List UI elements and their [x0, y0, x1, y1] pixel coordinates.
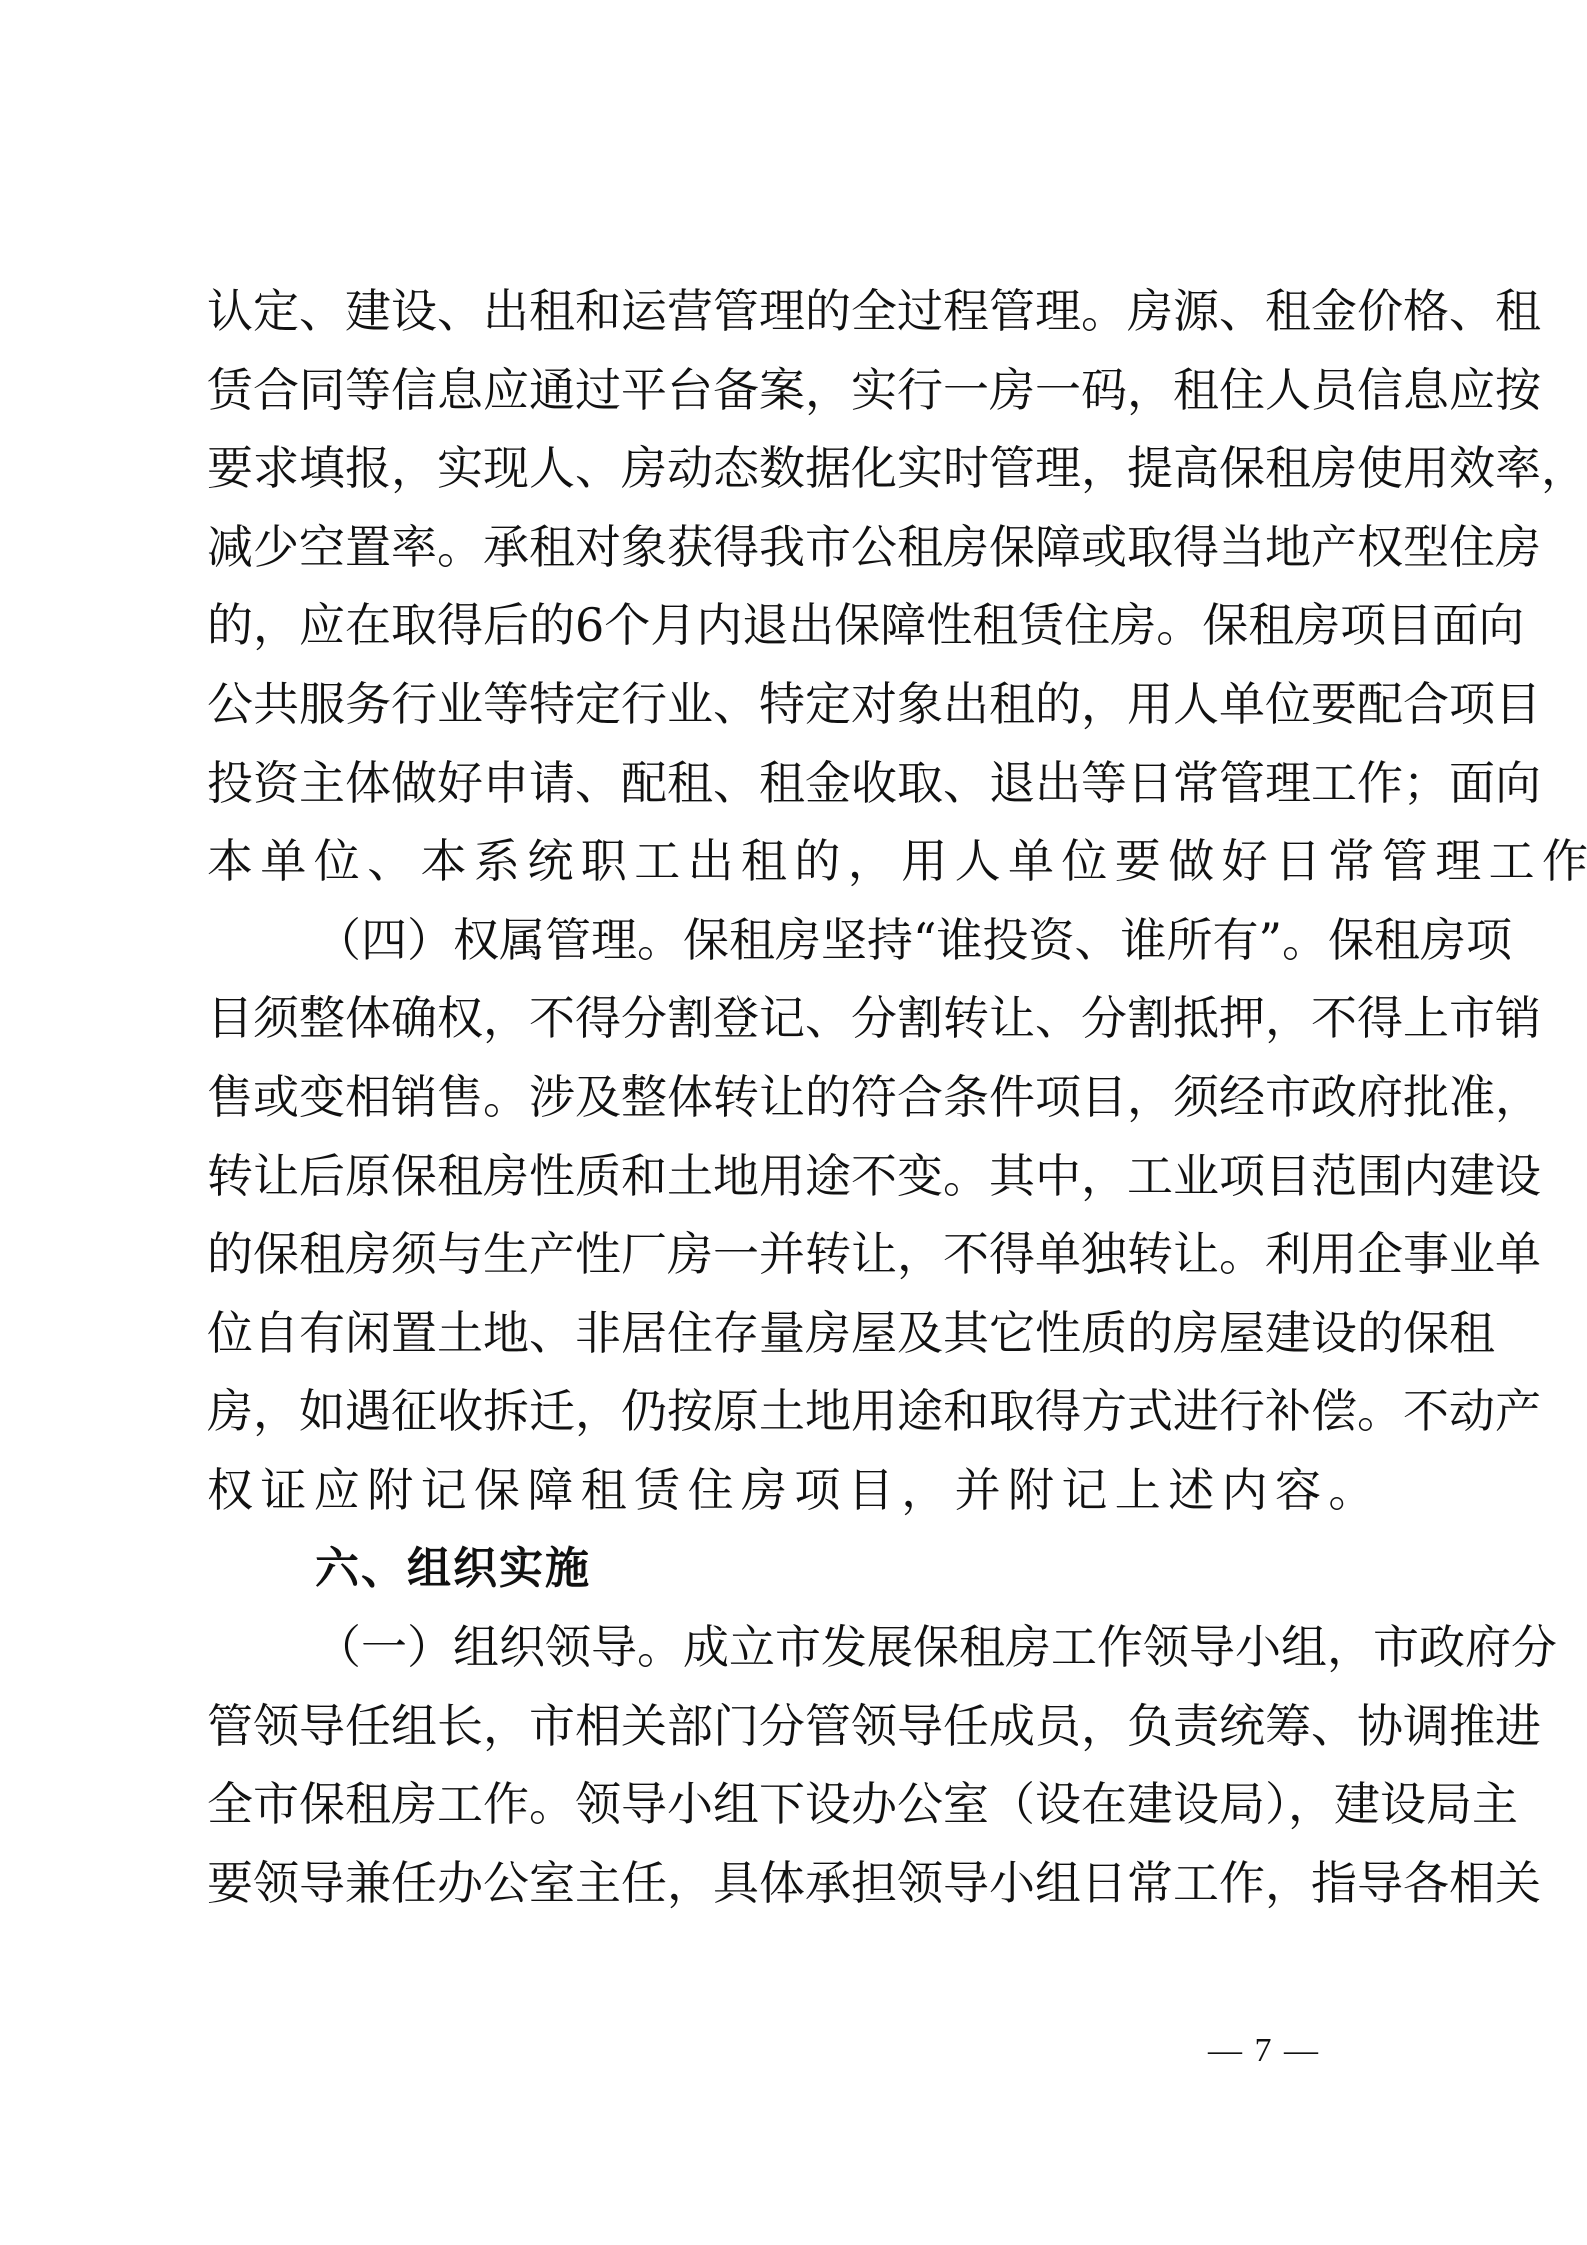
paragraph-line: 的，应在取得后的6个月内退出保障性租赁住房。保租房项目面向 — [207, 586, 1393, 665]
paragraph-line: 售或变相销售。涉及整体转让的符合条件项目，须经市政府批准， — [207, 1058, 1393, 1137]
page-number: — 7 — — [1208, 2032, 1320, 2070]
subsection-lead: （一）组织领导。 — [315, 1620, 683, 1674]
section-heading: 六、组织实施 — [207, 1530, 1393, 1609]
paragraph-line: 目须整体确权，不得分割登记、分割转让、分割抵押，不得上市销 — [207, 979, 1393, 1058]
document-page: 认定、建设、出租和运营管理的全过程管理。房源、租金价格、租 赁合同等信息应通过平… — [0, 0, 1587, 2245]
paragraph-line: 减少空置率。承租对象获得我市公租房保障或取得当地产权型住房 — [207, 508, 1393, 587]
paragraph-line: 认定、建设、出租和运营管理的全过程管理。房源、租金价格、租 — [207, 272, 1393, 351]
paragraph-line: 投资主体做好申请、配租、租金收取、退出等日常管理工作；面向 — [207, 744, 1393, 823]
paragraph-line: 本单位、本系统职工出租的，用人单位要做好日常管理工作。 — [207, 822, 1393, 901]
paragraph-line: 公共服务行业等特定行业、特定对象出租的，用人单位要配合项目 — [207, 665, 1393, 744]
subsection-first-line: （四）权属管理。保租房坚持“谁投资、谁所有”。保租房项 — [207, 901, 1393, 980]
subsection-first-line: （一）组织领导。成立市发展保租房工作领导小组，市政府分 — [207, 1608, 1393, 1687]
paragraph-line: 的保租房须与生产性厂房一并转让，不得单独转让。利用企事业单 — [207, 1215, 1393, 1294]
paragraph-line: 转让后原保租房性质和土地用途不变。其中，工业项目范围内建设 — [207, 1137, 1393, 1216]
subsection-text: 成立市发展保租房工作领导小组，市政府分 — [683, 1620, 1557, 1674]
paragraph-line: 要领导兼任办公室主任，具体承担领导小组日常工作，指导各相关 — [207, 1844, 1393, 1923]
paragraph-line: 房，如遇征收拆迁，仍按原土地用途和取得方式进行补偿。不动产 — [207, 1372, 1393, 1451]
subsection-lead: （四）权属管理。 — [315, 913, 683, 967]
paragraph-line: 赁合同等信息应通过平台备案，实行一房一码，租住人员信息应按 — [207, 351, 1393, 430]
paragraph-line: 要求填报，实现人、房动态数据化实时管理，提高保租房使用效率， — [207, 429, 1393, 508]
subsection-text: 保租房坚持“谁投资、谁所有”。保租房项 — [683, 913, 1512, 967]
paragraph-line: 权证应附记保障租赁住房项目，并附记上述内容。 — [207, 1451, 1393, 1530]
paragraph-line: 管领导任组长，市相关部门分管领导任成员，负责统筹、协调推进 — [207, 1687, 1393, 1766]
document-body: 认定、建设、出租和运营管理的全过程管理。房源、租金价格、租 赁合同等信息应通过平… — [207, 272, 1393, 1922]
paragraph-line: 全市保租房工作。领导小组下设办公室（设在建设局），建设局主 — [207, 1765, 1393, 1844]
paragraph-line: 位自有闲置土地、非居住存量房屋及其它性质的房屋建设的保租 — [207, 1294, 1393, 1373]
